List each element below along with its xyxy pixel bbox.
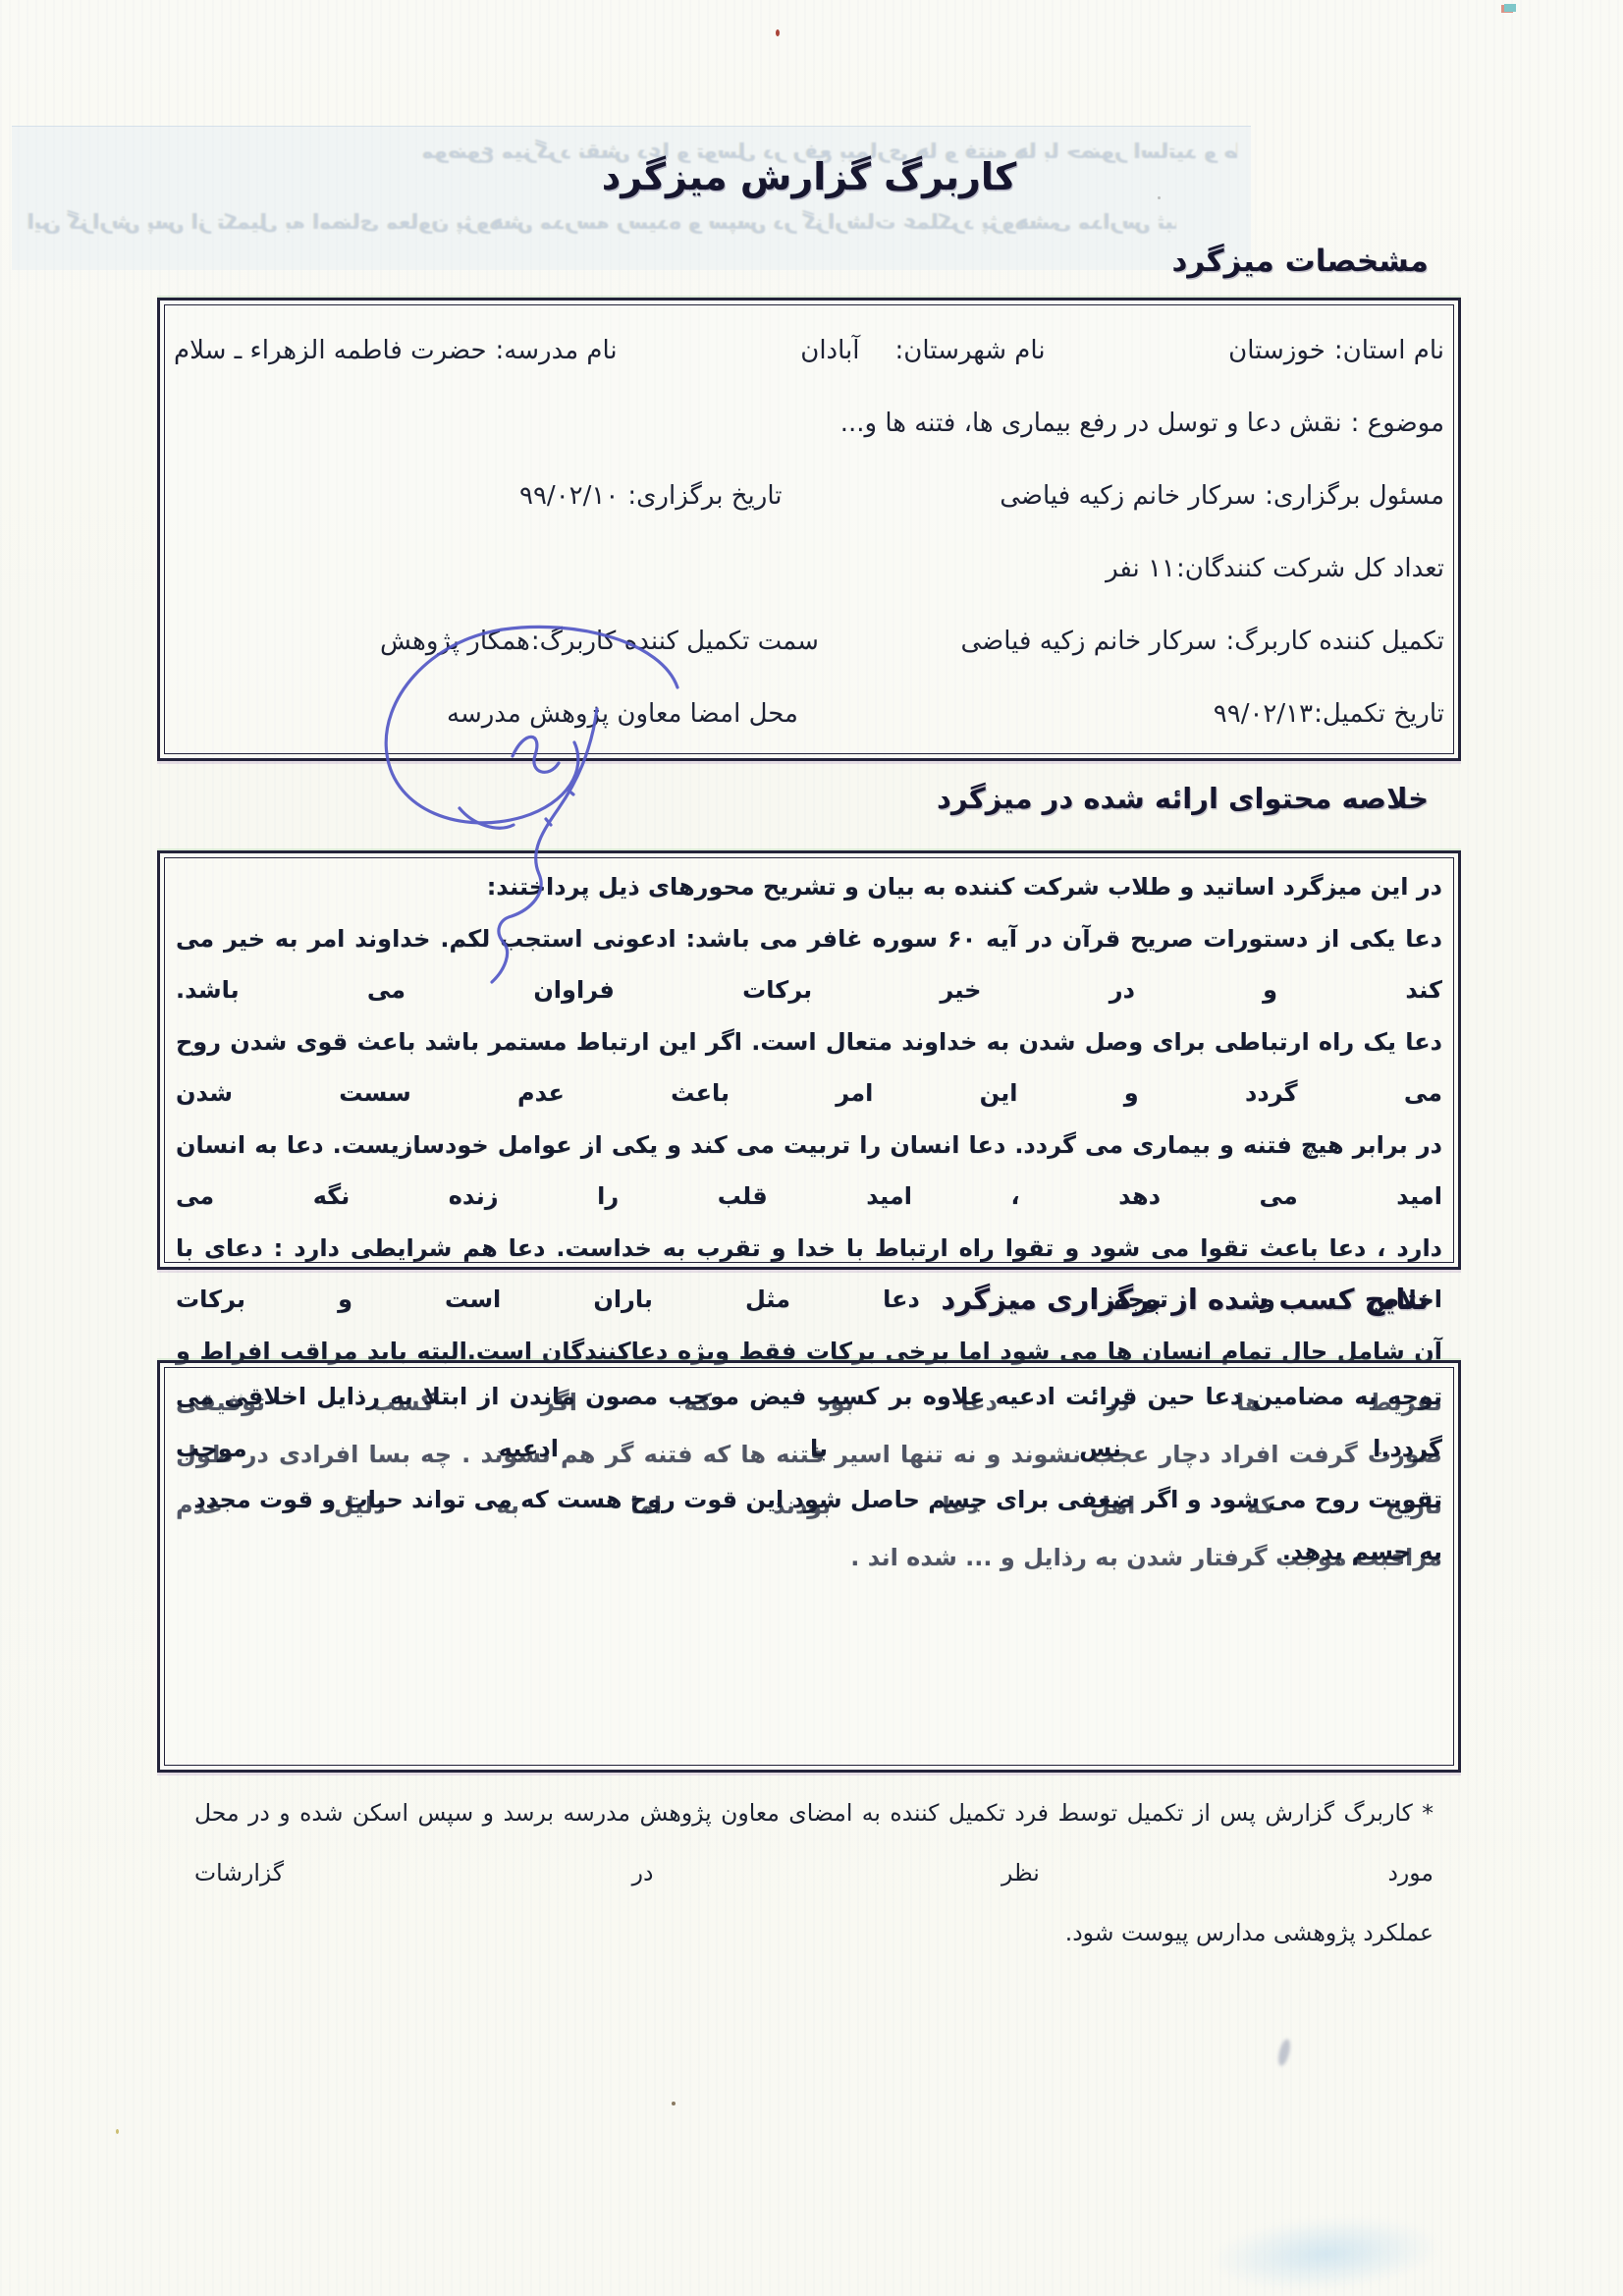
- results-line: تقویت روح می شود و اگر ضعفی برای جسم حاص…: [176, 1474, 1442, 1577]
- field-event-date-value: ۹۹/۰۲/۱۰: [519, 481, 619, 511]
- field-participants-value: ۱۱ نفر: [1106, 554, 1175, 583]
- field-province-label: نام استان:: [1334, 336, 1444, 365]
- summary-line: در برابر هیچ فتنه و بیماری می گردد. دعا …: [176, 1120, 1442, 1223]
- field-subject: موضوع : نقش دعا و توسل در رفع بیماری ها،…: [840, 409, 1444, 438]
- field-completed-by-label: تکمیل کننده کاربرگ:: [1226, 627, 1445, 656]
- field-event-date-label: تاریخ برگزاری:: [627, 481, 782, 511]
- field-county-label: نام شهرستان:: [895, 336, 1046, 365]
- table-row-organizer: مسئول برگزاری: سرکار خانم زکیه فیاضی تار…: [174, 460, 1444, 532]
- scan-mark: [1276, 2038, 1292, 2067]
- field-organizer-label: مسئول برگزاری:: [1265, 481, 1444, 511]
- footnote-line: * کاربرگ گزارش پس از تکمیل توسط فرد تکمی…: [194, 1783, 1434, 1903]
- summary-text: در این میزگرد اساتید و طلاب شرکت کننده ب…: [176, 861, 1442, 1259]
- results-line: توجه به مضامین دعا حین قرائت ادعیه علاوه…: [176, 1371, 1442, 1474]
- field-school: نام مدرسه: حضرت فاطمه الزهراء ـ سلام: [174, 336, 618, 365]
- scanned-form-page: موضوع میزگرد نقش دعا و توسل در رفع بیمار…: [0, 0, 1623, 2296]
- field-completed-by-value: سرکار خانم زکیه فیاضی: [961, 627, 1217, 656]
- table-row-location: نام استان: خوزستان نام شهرستان: آبادان ن…: [174, 314, 1444, 387]
- specs-rows: نام استان: خوزستان نام شهرستان: آبادان ن…: [174, 314, 1444, 748]
- field-province-value: خوزستان: [1228, 336, 1325, 365]
- specs-table: نام استان: خوزستان نام شهرستان: آبادان ن…: [157, 298, 1461, 761]
- field-completer-role-value: همکار پژوهش: [380, 627, 530, 656]
- field-county: نام شهرستان: آبادان: [800, 336, 1045, 365]
- field-subject-label: موضوع :: [1351, 409, 1444, 438]
- section-heading-summary: خلاصه محتوای ارائه شده در میزگرد: [937, 782, 1429, 815]
- summary-box: در این میزگرد اساتید و طلاب شرکت کننده ب…: [157, 850, 1461, 1270]
- section-heading-specs: مشخصات میزگرد: [1171, 244, 1429, 279]
- field-participants: تعداد کل شرکت کنندگان: ۱۱ نفر: [1106, 554, 1444, 583]
- section-heading-results: نتایج کسب شده از برگزاری میزگرد: [941, 1283, 1429, 1316]
- field-participants-label: تعداد کل شرکت کنندگان:: [1176, 554, 1444, 583]
- field-signature-place: محل امضا معاون پژوهش مدرسه: [447, 699, 798, 729]
- field-school-value: حضرت فاطمه الزهراء ـ سلام: [174, 336, 487, 365]
- table-row-participants: تعداد کل شرکت کنندگان: ۱۱ نفر: [174, 532, 1444, 605]
- field-completion-date-label: تاریخ تکمیل:: [1314, 699, 1444, 729]
- field-completed-by: تکمیل کننده کاربرگ: سرکار خانم زکیه فیاض…: [961, 627, 1444, 656]
- summary-line: دعا یک راه ارتباطی برای وصل شدن به خداون…: [176, 1016, 1442, 1120]
- field-completion-date-value: ۹۹/۰۲/۱۳: [1214, 699, 1313, 729]
- footnote-line: عملکرد پژوهشی مدارس پیوست شود.: [194, 1903, 1434, 1963]
- field-signature-place-label: محل امضا معاون پژوهش مدرسه: [447, 699, 798, 729]
- table-row-completed-by: تکمیل کننده کاربرگ: سرکار خانم زکیه فیاض…: [174, 605, 1444, 678]
- field-school-label: نام مدرسه:: [496, 336, 618, 365]
- scan-speck: [776, 29, 780, 36]
- field-completer-role-label: سمت تکمیل کننده کاربرگ:: [531, 627, 819, 656]
- scan-speck: [116, 2129, 119, 2134]
- table-row-completion: تاریخ تکمیل: ۹۹/۰۲/۱۳ محل امضا معاون پژو…: [174, 678, 1444, 750]
- field-county-value: آبادان: [800, 336, 859, 365]
- scan-smudge: [1209, 2210, 1444, 2296]
- field-completion-date: تاریخ تکمیل: ۹۹/۰۲/۱۳: [1214, 699, 1444, 729]
- results-box: توجه به مضامین دعا حین قرائت ادعیه علاوه…: [157, 1360, 1461, 1773]
- bleed-through-text: این گزارش پس از تکمیل به امضای معاون پژو…: [27, 210, 1176, 234]
- results-text: توجه به مضامین دعا حین قرائت ادعیه علاوه…: [176, 1371, 1442, 1762]
- field-organizer-value: سرکار خانم زکیه فیاضی: [1000, 481, 1256, 511]
- field-province: نام استان: خوزستان: [1228, 336, 1444, 365]
- field-organizer: مسئول برگزاری: سرکار خانم زکیه فیاضی: [1000, 481, 1444, 511]
- footnote: * کاربرگ گزارش پس از تکمیل توسط فرد تکمی…: [194, 1783, 1434, 1963]
- table-row-subject: موضوع : نقش دعا و توسل در رفع بیماری ها،…: [174, 387, 1444, 460]
- field-event-date: تاریخ برگزاری: ۹۹/۰۲/۱۰: [519, 481, 783, 511]
- page-title: کاربرگ گزارش میزگرد: [157, 155, 1461, 198]
- summary-line: دعا یکی از دستورات صریح قرآن در آیه ۶۰ س…: [176, 913, 1442, 1016]
- field-subject-value: نقش دعا و توسل در رفع بیماری ها، فتنه ها…: [840, 409, 1342, 438]
- scan-speck: [1504, 4, 1516, 12]
- scan-speck: [672, 2102, 676, 2105]
- field-completer-role: سمت تکمیل کننده کاربرگ: همکار پژوهش: [380, 627, 819, 656]
- summary-line: در این میزگرد اساتید و طلاب شرکت کننده ب…: [176, 861, 1442, 913]
